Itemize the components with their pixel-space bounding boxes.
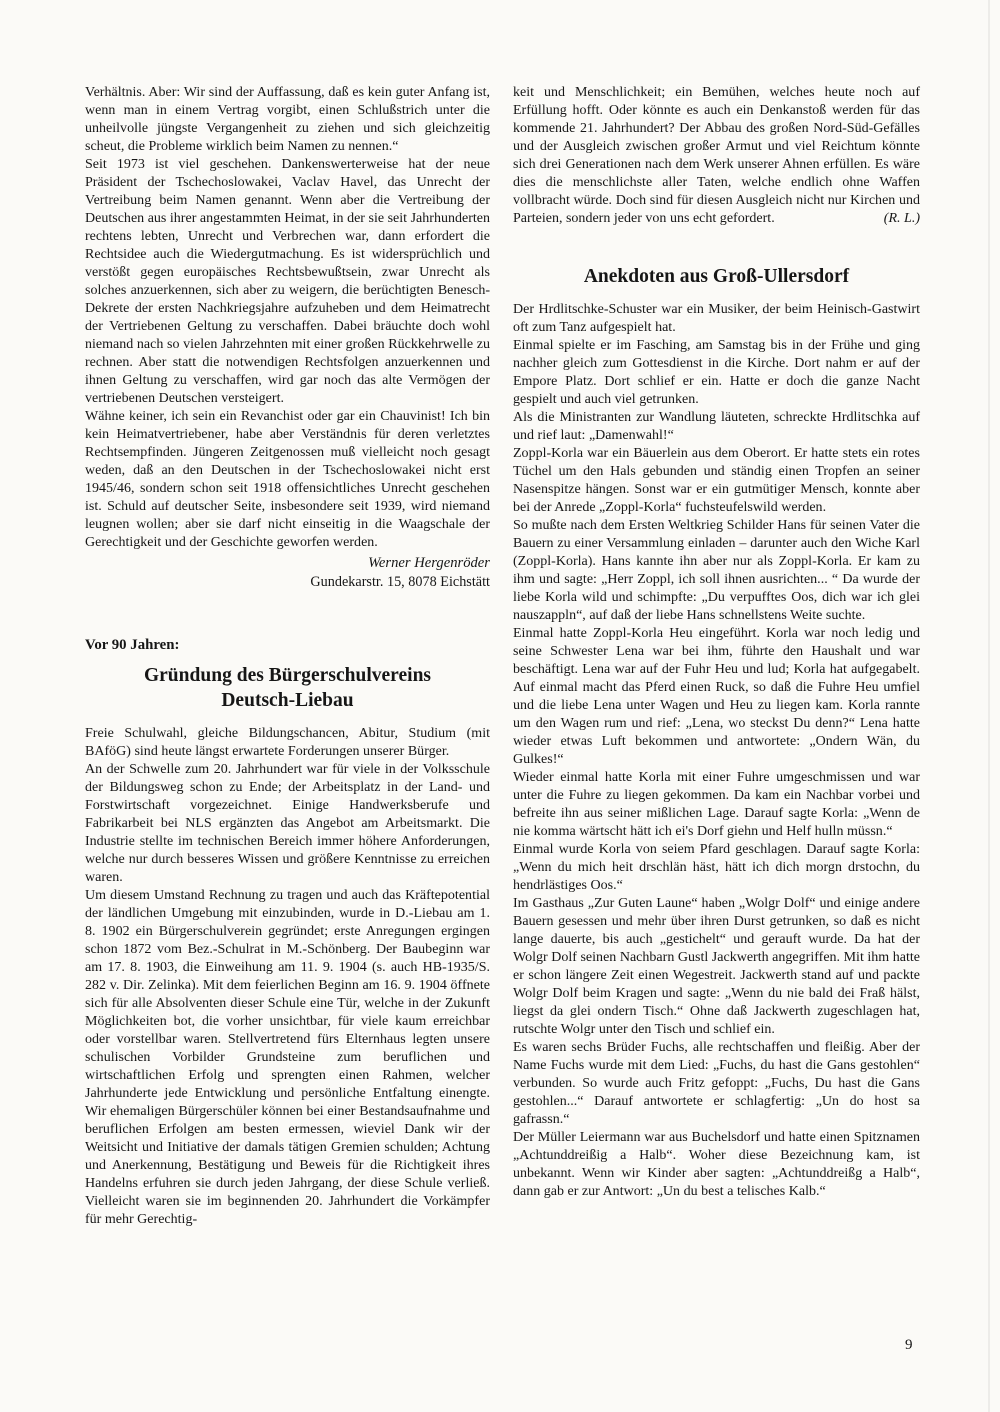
signature-address: Gundekarstr. 15, 8078 Eichstätt (85, 573, 490, 592)
paragraph: Einmal spielte er im Fasching, am Samsta… (513, 337, 920, 409)
page-number: 9 (905, 1337, 913, 1354)
paragraph: Als die Ministranten zur Wandlung läutet… (513, 409, 920, 445)
paragraph: Einmal hatte Zoppl-Korla Heu eingeführt.… (513, 625, 920, 769)
paragraph: An der Schwelle zum 20. Jahrhundert war … (85, 761, 490, 887)
right-column: keit und Menschlichkeit; ein Bemühen, we… (513, 84, 920, 1201)
paragraph: Wähne keiner, ich sein ein Revanchist od… (85, 408, 490, 552)
paragraph: Es waren sechs Brüder Fuchs, alle rechts… (513, 1039, 920, 1129)
paragraph: Um diesem Umstand Rechnung zu tragen und… (85, 887, 490, 1229)
paragraph-text: keit und Menschlichkeit; ein Bemühen, we… (513, 85, 920, 226)
paragraph: Verhältnis. Aber: Wir sind der Auffassun… (85, 84, 490, 156)
paragraph: Im Gasthaus „Zur Guten Laune“ haben „Wol… (513, 895, 920, 1039)
signature-author: Werner Hergenröder (85, 554, 490, 573)
article-title-line1: Gründung des Bürgerschulvereins (144, 665, 431, 686)
paragraph: Der Müller Leiermann war aus Buchelsdorf… (513, 1129, 920, 1201)
document-page: Verhältnis. Aber: Wir sind der Auffassun… (0, 0, 1000, 1412)
article-title: Gründung des BürgerschulvereinsDeutsch-L… (85, 663, 490, 713)
article-title: Anekdoten aus Groß-Ullersdorf (513, 264, 920, 289)
paragraph: Einmal wurde Korla von seiem Pfard gesch… (513, 841, 920, 895)
author-initials: (R. L.) (884, 210, 920, 228)
article-title-line2: Deutsch-Liebau (221, 690, 353, 711)
paragraph-continuation: keit und Menschlichkeit; ein Bemühen, we… (513, 84, 920, 228)
paragraph: Der Hrdlitschke-Schuster war ein Musiker… (513, 301, 920, 337)
signature-block: Werner Hergenröder Gundekarstr. 15, 8078… (85, 554, 490, 592)
paragraph: So mußte nach dem Ersten Weltkrieg Schil… (513, 517, 920, 625)
left-column: Verhältnis. Aber: Wir sind der Auffassun… (85, 84, 490, 1229)
article-kicker: Vor 90 Jahren: (85, 636, 490, 654)
paragraph: Freie Schulwahl, gleiche Bildungschancen… (85, 725, 490, 761)
paragraph: Wieder einmal hatte Korla mit einer Fuhr… (513, 769, 920, 841)
paragraph: Seit 1973 ist viel geschehen. Dankenswer… (85, 156, 490, 408)
paragraph: Zoppl-Korla war ein Bäuerlein aus dem Ob… (513, 445, 920, 517)
